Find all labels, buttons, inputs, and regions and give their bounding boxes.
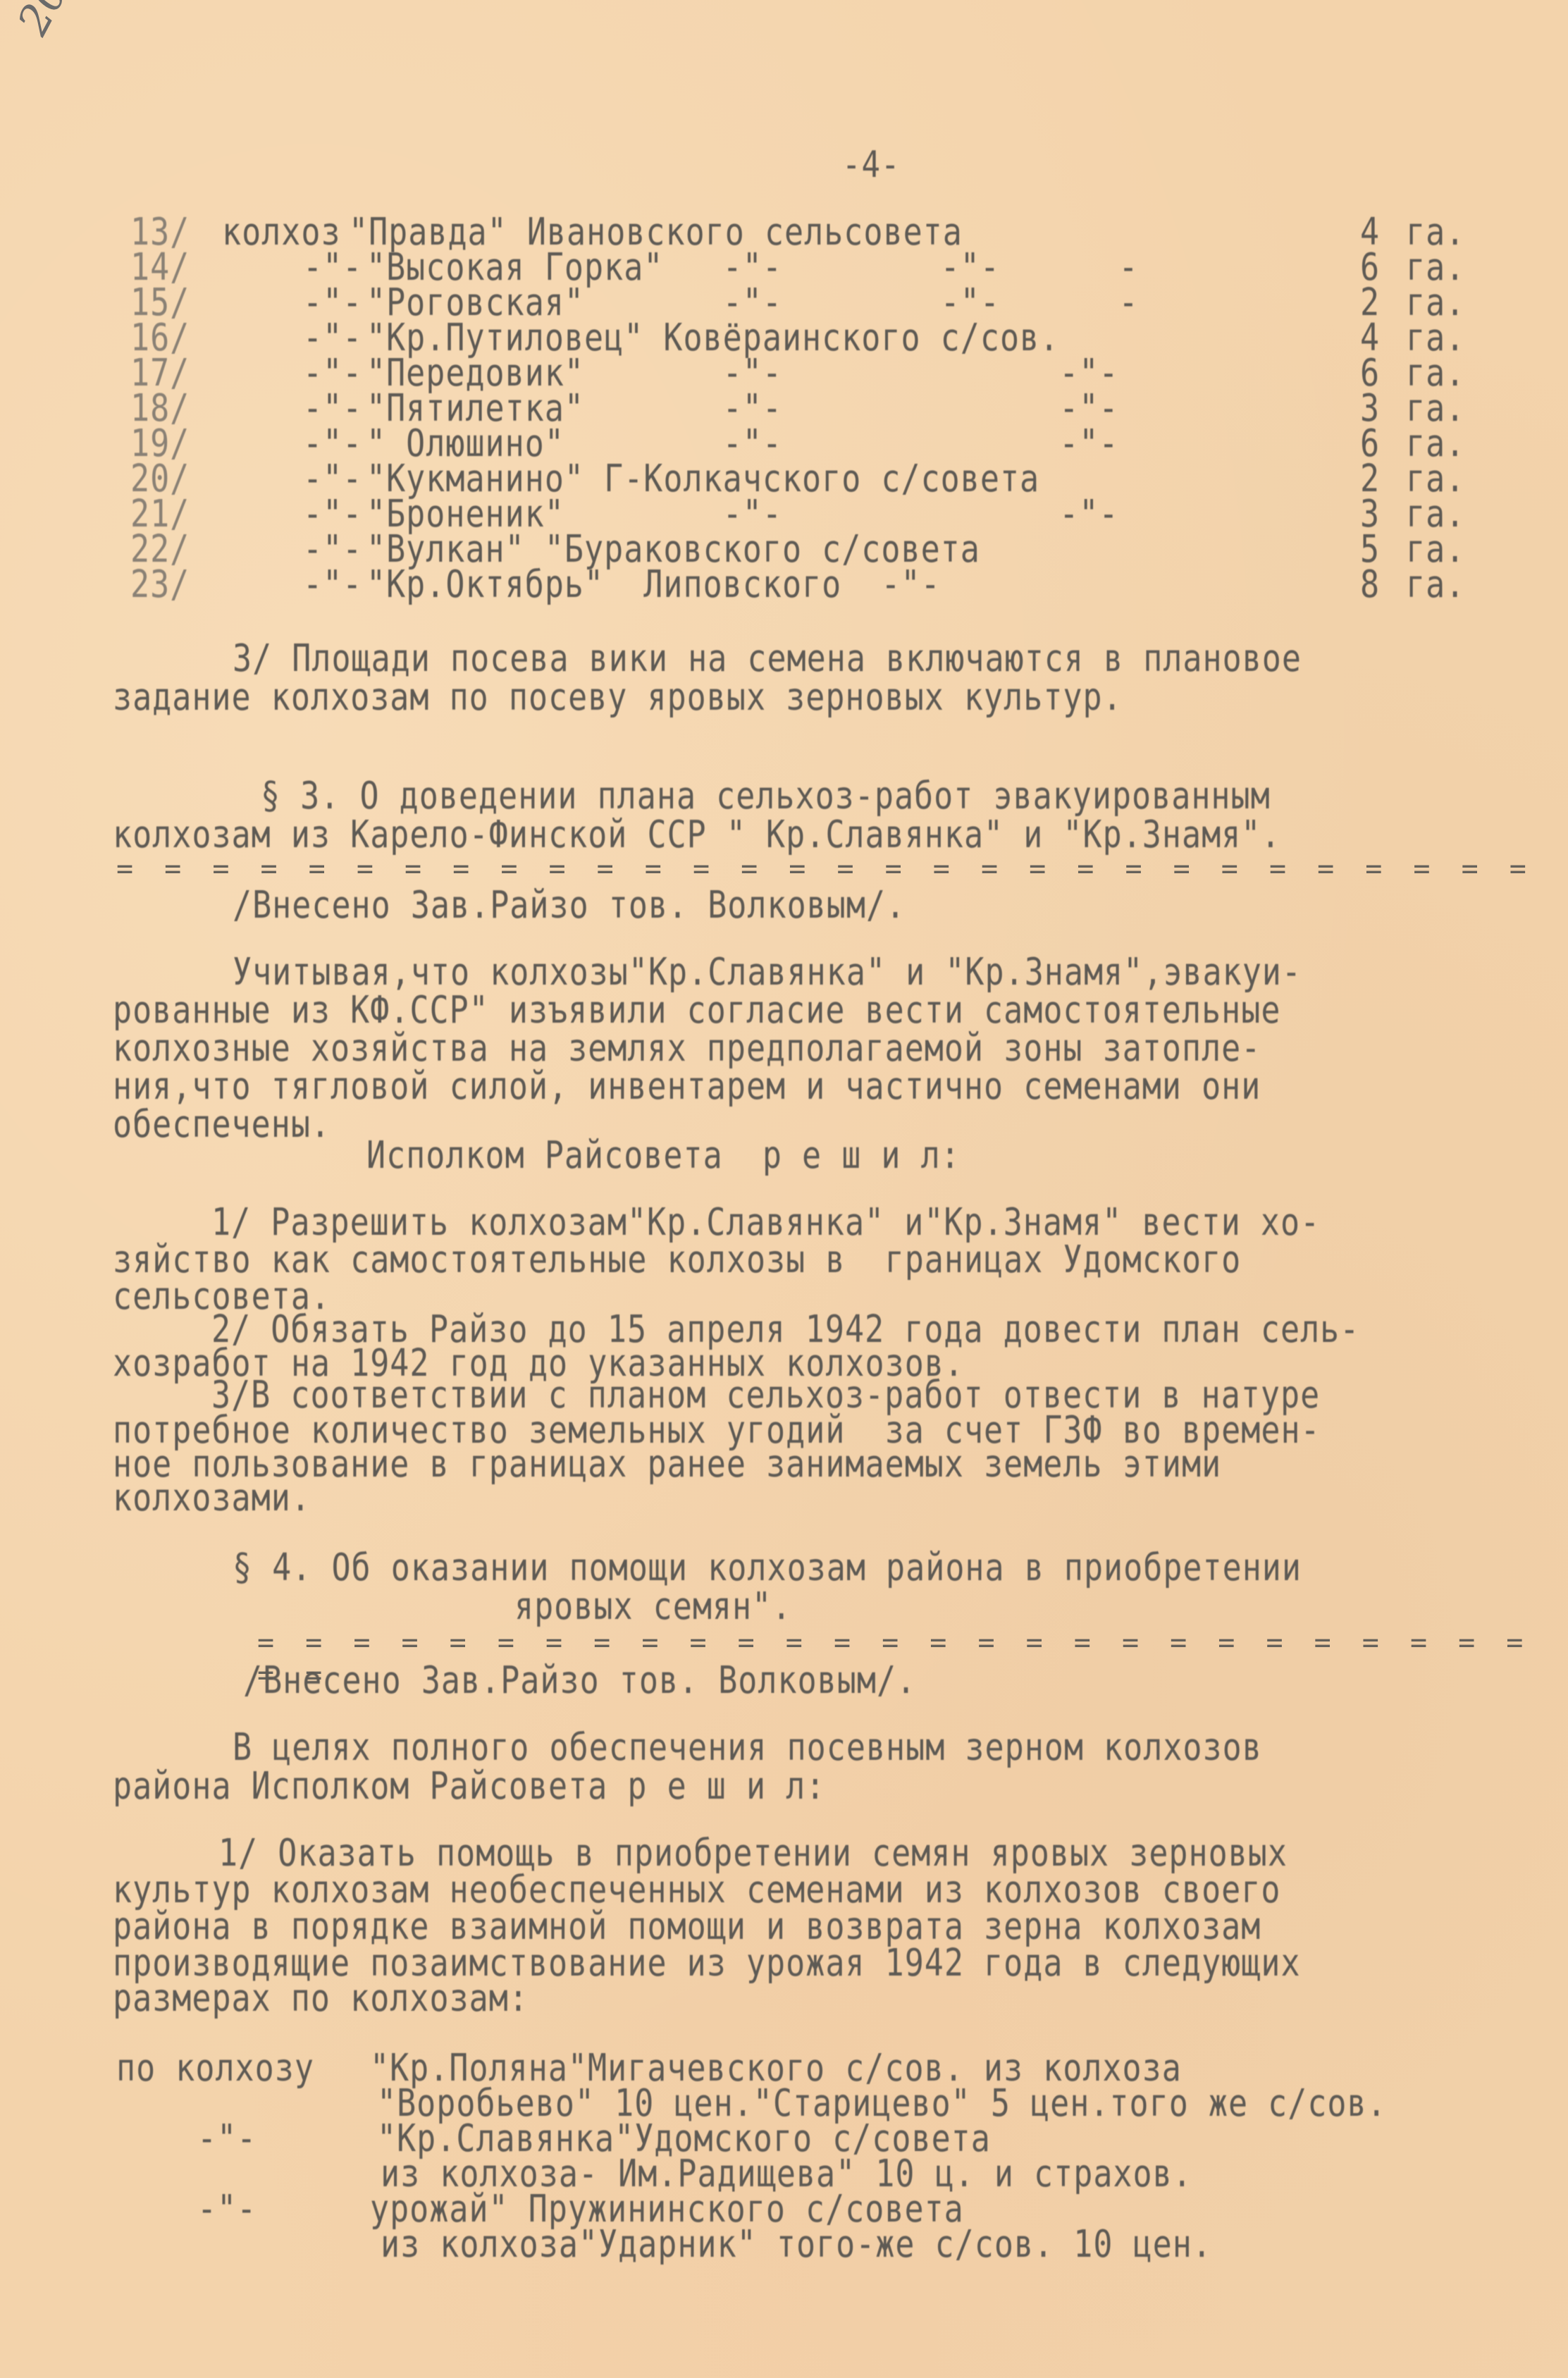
allocation-row: 15/-"-"Роговская" -"- -"- -2га. — [130, 282, 1371, 317]
allocation-row: 14/-"-"Высокая Горка" -"- -"- -6га. — [130, 247, 1371, 282]
section-3-preamble-5: обеспечены. — [113, 1104, 331, 1145]
allocation-row-name: "Кр.Октябрь" Липовского -"- — [366, 564, 941, 605]
allocation-row-area: 8 — [1360, 564, 1380, 605]
clause-3-line-1: 3/ Площади посева вики на семена включаю… — [233, 638, 1302, 679]
allocation-row: 23/-"-"Кр.Октябрь" Липовского -"-8га. — [130, 564, 1371, 599]
section-3-introduced-by: /Внесено Зав.Райзо тов. Волковым/. — [233, 885, 906, 926]
allocation-row: 21/-"-"Броненик" -"- -"-3га. — [130, 493, 1371, 529]
allocation-row: 17/-"-"Передовик" -"- -"-6га. — [130, 352, 1371, 388]
clause-3-line-2: задание колхозам по посеву яровых зернов… — [113, 677, 1123, 718]
section-3-preamble-2: рованные из КФ.ССР" изъявили согласие ве… — [113, 990, 1280, 1031]
allocation-row: 18/-"-"Пятилетка" -"- -"-3га. — [130, 388, 1371, 423]
section-4-preamble-2: района Исполком Райсовета р е ш и л: — [113, 1766, 825, 1807]
section-3-title-line-1: § 3. О доведении плана сельхоз-работ эва… — [261, 775, 1271, 817]
section-3-preamble-3: колхозные хозяйства на землях предполага… — [113, 1028, 1261, 1069]
section-4-preamble-1: В целях полного обеспечения посевным зер… — [233, 1727, 1262, 1768]
allocation-row-prefix: -"- — [303, 564, 362, 605]
section-3-separator: = = = = = = = = = = = = = = = = = = = = … — [116, 853, 1533, 885]
allocation-row-number: 23/ — [130, 564, 190, 605]
section-3-point-3d: колхозами. — [113, 1477, 311, 1519]
section-4-title-line-2: яровых семян". — [514, 1586, 791, 1627]
section-3-title-line-2: колхозам из Карело-Финской ССР " Кр.Слав… — [113, 814, 1280, 856]
section-3-resolution-heading: Исполком Райсовета р е ш и л: — [366, 1135, 961, 1176]
allocation-row: 19/-"-" Олюшино" -"- -"-6га. — [130, 423, 1371, 458]
section-4-introduced-by: /Внесено Зав.Райзо тов. Волковым/. — [243, 1660, 916, 1701]
section-4-point-1-line-5: размерах по колхозам: — [113, 1978, 529, 2019]
section-3-preamble-1: Учитывая,что колхозы"Кр.Славянка" и "Кр.… — [233, 951, 1302, 993]
page-number: -4- — [842, 144, 900, 186]
distribution-3-line-2: из колхоза"Ударник" того-же с/сов. 10 це… — [381, 2224, 1212, 2265]
distribution-2-lead: -"- — [197, 2118, 257, 2160]
allocation-row-unit: га. — [1406, 564, 1465, 605]
distribution-3-lead: -"- — [197, 2188, 257, 2230]
allocation-row: 13/колхоз"Правда" Ивановского сельсовета… — [130, 211, 1371, 247]
section-4-title-line-1: § 4. Об оказании помощи колхозам района … — [233, 1547, 1302, 1589]
allocation-row: 16/-"-"Кр.Путиловец" Ковёраинского с/сов… — [130, 317, 1371, 352]
distribution-1-lead: по колхозу — [116, 2047, 314, 2089]
handwritten-sheet-number: 205 — [8, 0, 90, 43]
allocation-row: 22/-"-"Вулкан" "Бураковского с/совета5га… — [130, 529, 1371, 564]
section-3-preamble-4: ния,что тягловой силой, инвентарем и час… — [113, 1066, 1261, 1107]
allocation-row: 20/-"-"Кукманино" Г-Колкачского с/совета… — [130, 458, 1371, 493]
